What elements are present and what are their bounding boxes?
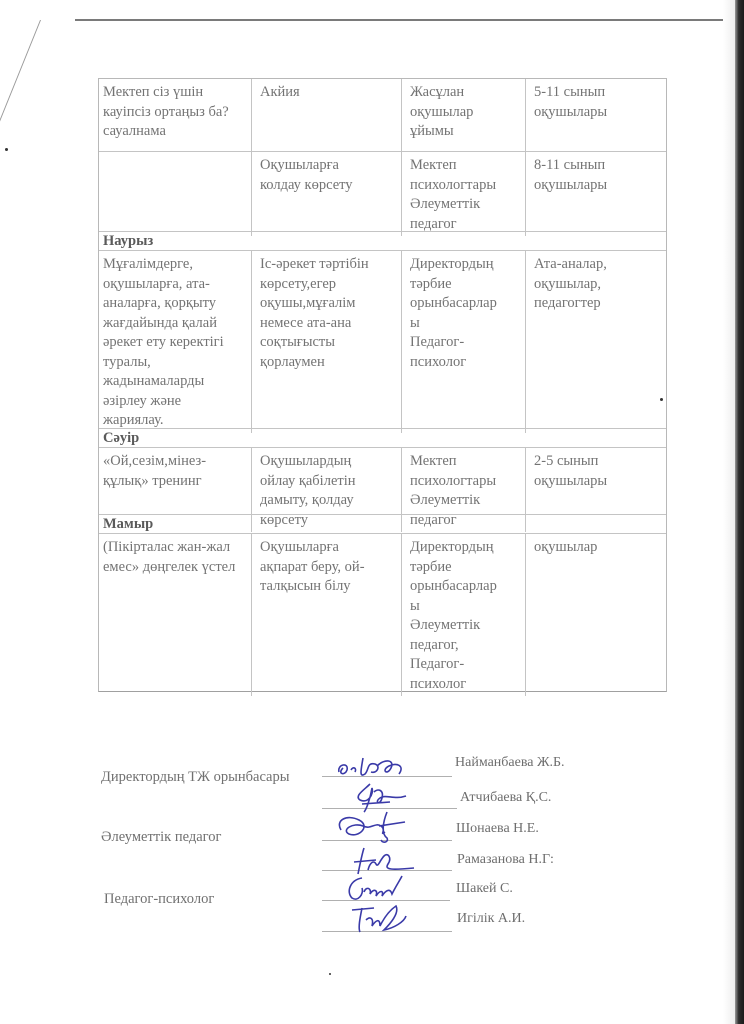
table-row: «Ой,сезім,мінез- құлық» тренинг Оқушылар… xyxy=(99,447,666,514)
table-cell-responsible: Директордың тәрбие орынбасарлар ы Әлеуме… xyxy=(401,534,525,696)
signer-name: Игілік А.И. xyxy=(457,911,525,927)
role-social-pedagogue: Әлеуметтік педагог xyxy=(101,829,221,846)
scan-speck xyxy=(5,148,8,151)
signer-name: Атчибаева Қ.С. xyxy=(460,790,551,806)
scan-page-edge-diagonal xyxy=(0,20,41,180)
table-cell-responsible: Жасұлан оқушылар ұйымы xyxy=(401,79,525,151)
table-cell-goal: Акйия xyxy=(251,79,401,151)
signer-name: Рамазанова Н.Г: xyxy=(457,852,554,868)
table-cell-goal: Оқушыларға ақпарат беру, ой- талқысын бі… xyxy=(251,534,401,696)
handwritten-signature-icon xyxy=(335,808,415,848)
table-cell-event: Мұғалімдерге, оқушыларға, ата- аналарға,… xyxy=(99,251,251,433)
table-cell-participants: 5-11 сынып оқушылары xyxy=(525,79,666,151)
activity-plan-table: Мектеп сіз үшін кауіпсіз ортаңыз ба? сау… xyxy=(98,78,667,692)
role-pedagogue-psychologist: Педагог-психолог xyxy=(104,891,214,908)
table-cell-event xyxy=(99,152,251,236)
table-cell-event: Мектеп сіз үшін кауіпсіз ортаңыз ба? сау… xyxy=(99,79,251,151)
table-cell-responsible: Мектеп психологтары Әлеуметтік педагог xyxy=(401,448,525,532)
table-cell-event: (Пікірталас жан-жал емес» дөңгелек үстел xyxy=(99,534,251,696)
table-row: Мектеп сіз үшін кауіпсіз ортаңыз ба? сау… xyxy=(99,79,666,151)
table-cell-participants: 8-11 сынып оқушылары xyxy=(525,152,666,236)
scan-page-edge-top xyxy=(75,19,735,21)
table-cell-goal: Оқушыларға колдау көрсету xyxy=(251,152,401,236)
scan-right-edge xyxy=(735,0,744,1024)
table-cell-participants: 2-5 сынып оқушылары xyxy=(525,448,666,532)
table-row: (Пікірталас жан-жал емес» дөңгелек үстел… xyxy=(99,533,666,691)
table-cell-participants: Ата-аналар, оқушылар, педагогтер xyxy=(525,251,666,433)
role-deputy-director: Директордың ТЖ орынбасары xyxy=(101,769,289,786)
scan-shadow xyxy=(723,0,735,1024)
handwritten-signature-icon xyxy=(344,900,414,936)
table-cell-goal: Іс-әрекет тәртібін көрсету,егер оқушы,мұ… xyxy=(251,251,401,433)
signer-name: Шонаева Н.Е. xyxy=(456,821,539,837)
table-cell-responsible: Директордың тәрбие орынбасарлар ы Педаго… xyxy=(401,251,525,433)
table-cell-participants: оқушылар xyxy=(525,534,666,696)
table-cell-responsible: Мектеп психологтары Әлеуметтік педагог xyxy=(401,152,525,236)
table-cell-goal: Оқушылардың ойлау қабілетін дамыту, қолд… xyxy=(251,448,401,532)
signer-name: Найманбаева Ж.Б. xyxy=(455,755,565,771)
table-row: Оқушыларға колдау көрсету Мектеп психоло… xyxy=(99,151,666,231)
scan-speck xyxy=(329,973,331,975)
table-row: Мұғалімдерге, оқушыларға, ата- аналарға,… xyxy=(99,250,666,428)
signer-name: Шакей С. xyxy=(456,881,513,897)
